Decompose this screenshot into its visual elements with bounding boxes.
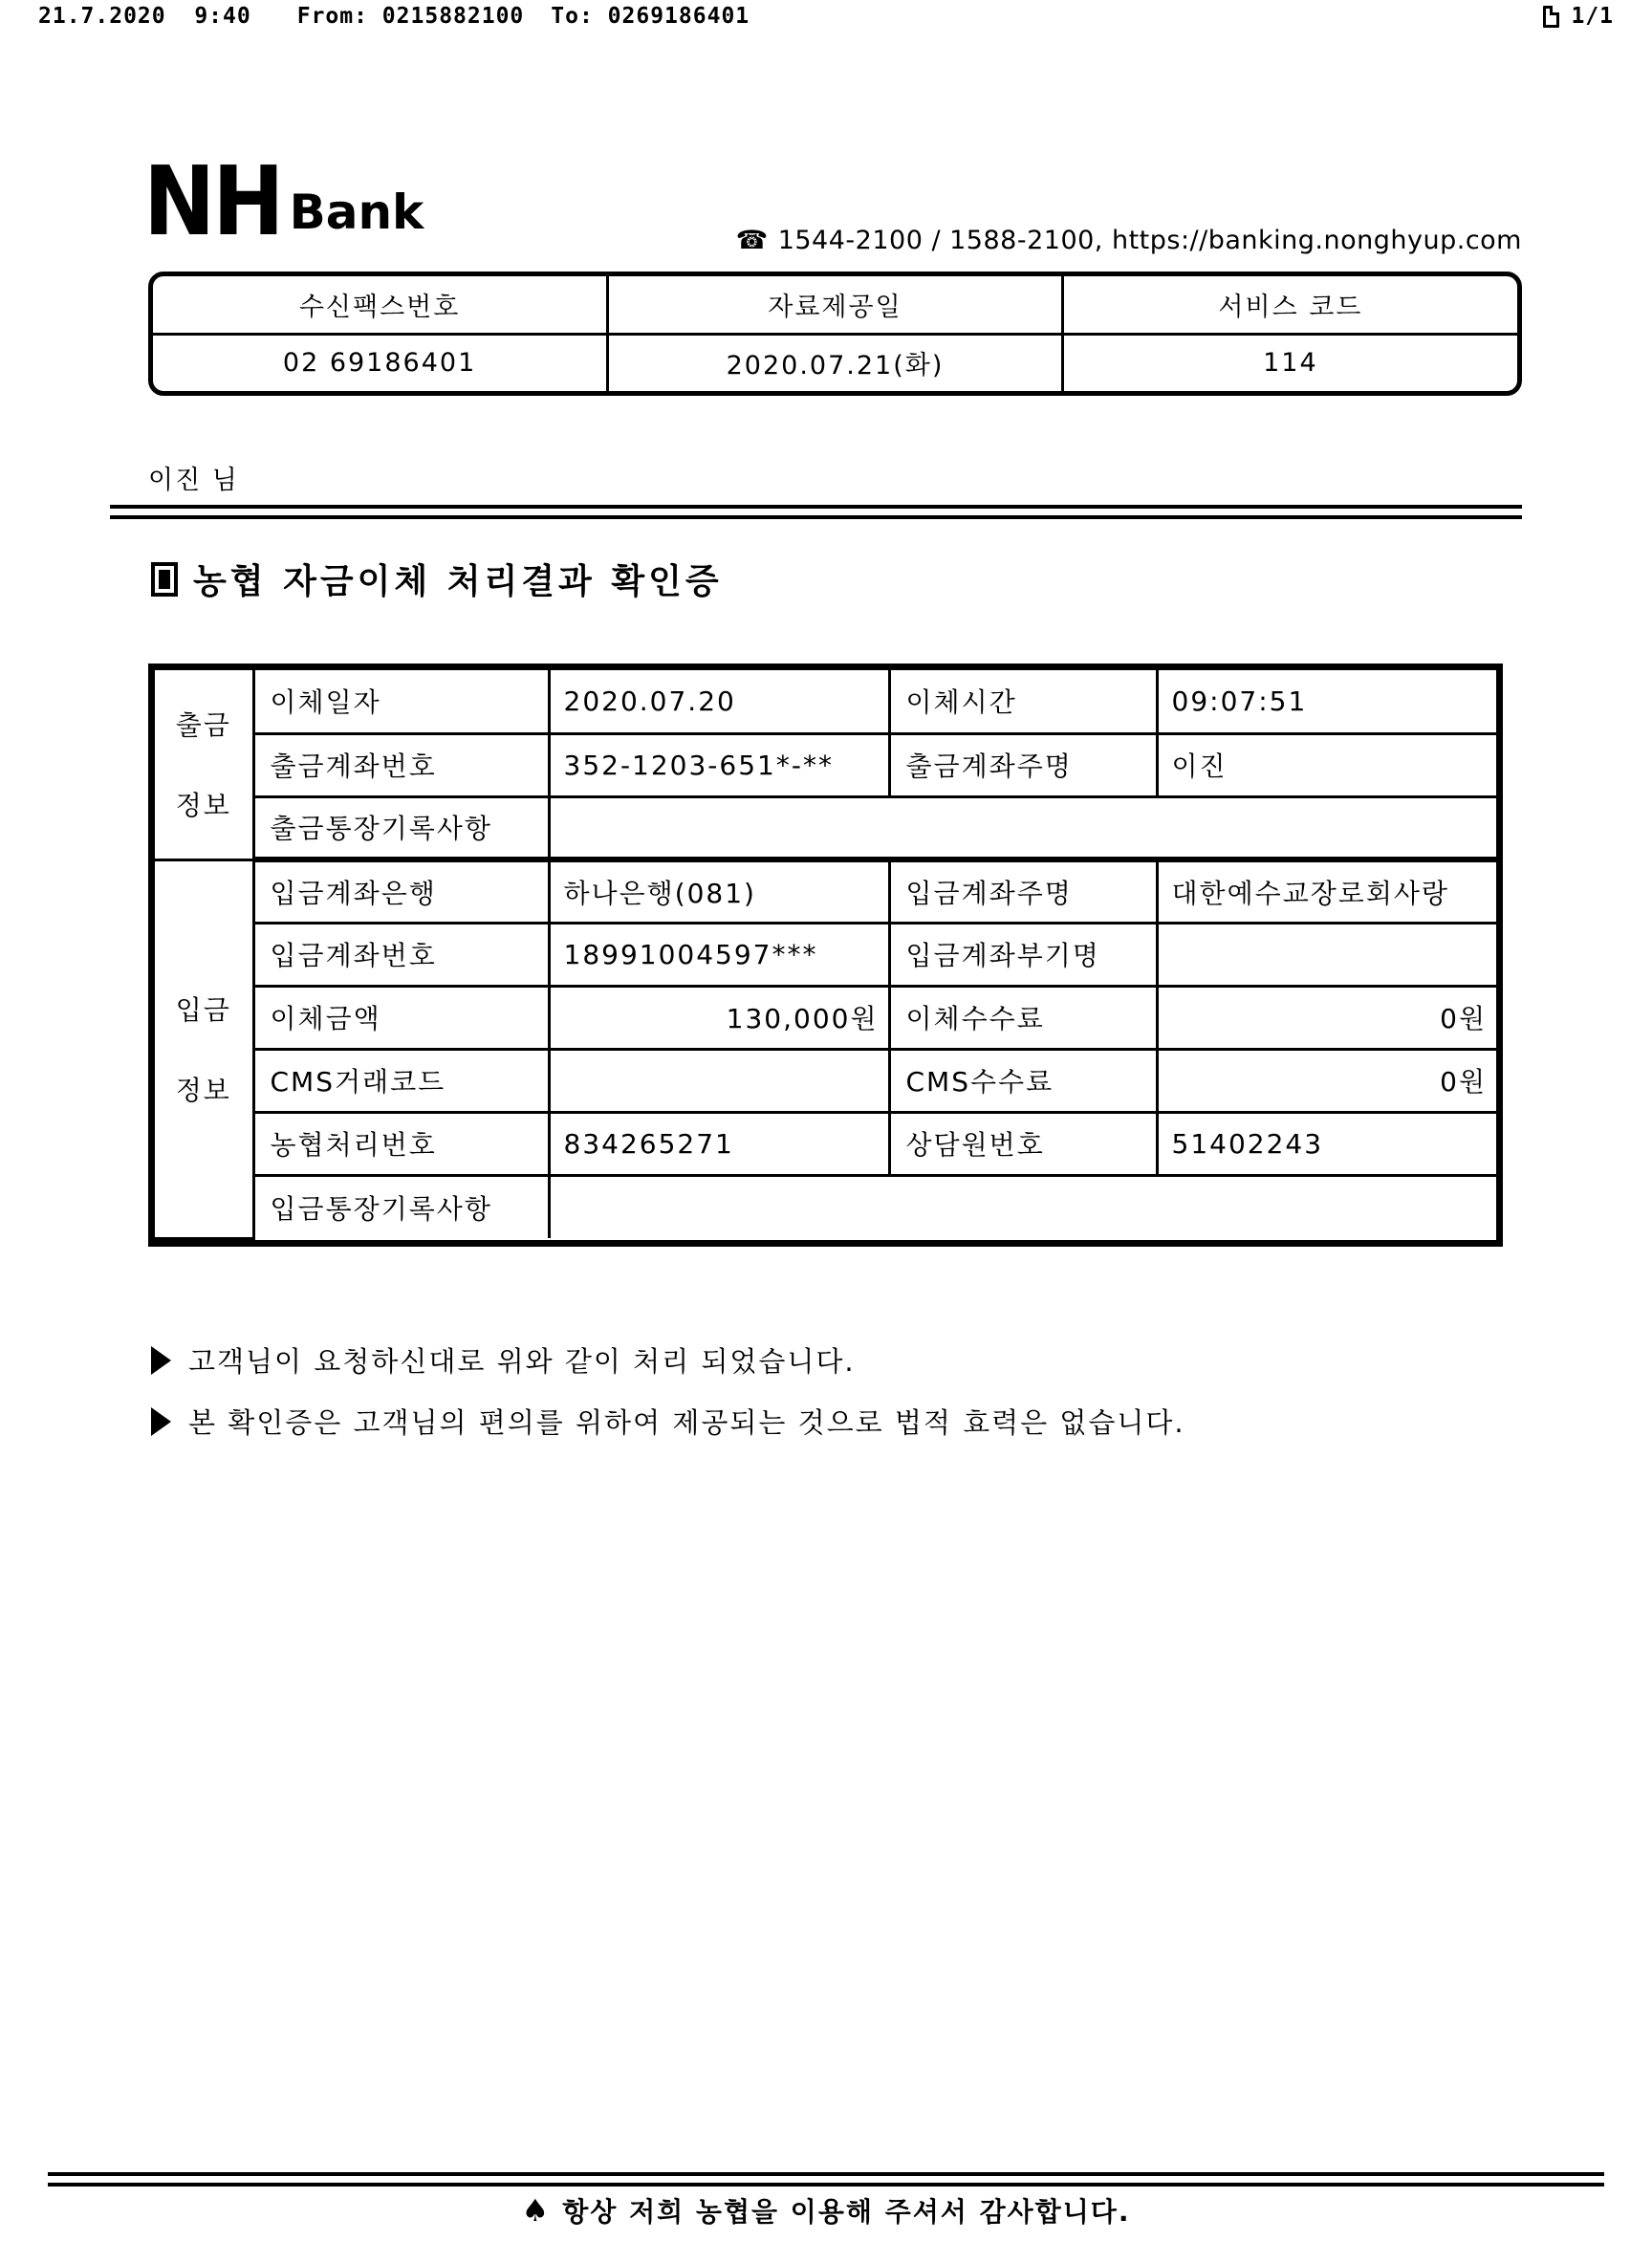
field-label: 입금통장기록사항 — [253, 1175, 549, 1238]
field-label: 농협처리번호 — [253, 1112, 549, 1175]
bank-contact-text: 1544-2100 / 1588-2100, https://banking.n… — [778, 226, 1522, 255]
field-value: 51402243 — [1157, 1112, 1496, 1175]
fax-page-indicator: 1/1 — [1571, 4, 1614, 29]
cms-fee: 0원 — [1157, 1049, 1496, 1112]
table-row: 이체금액 130,000원 이체수수료 0원 — [155, 986, 1496, 1049]
field-value: 이진 — [1157, 733, 1496, 796]
field-label: 입금계좌은행 — [253, 859, 549, 923]
field-value — [549, 1049, 889, 1112]
field-value: 2020.07.20 — [549, 670, 889, 733]
document-title-row: 농협 자금이체 처리결과 확인증 — [151, 555, 723, 603]
field-label: 이체일자 — [253, 670, 549, 733]
fax-from-number: From: 0215882100 — [297, 4, 525, 29]
triangle-bullet-icon — [151, 1407, 171, 1436]
field-label: 이체시간 — [889, 670, 1157, 733]
note-line: 본 확인증은 고객님의 편의를 위하여 제공되는 것으로 법적 효력은 없습니다… — [151, 1402, 1185, 1441]
field-value — [549, 1175, 1496, 1238]
bank-logo: NH Bank — [143, 161, 424, 243]
field-label: CMS거래코드 — [253, 1049, 549, 1112]
table-row: 출금통장기록사항 — [155, 796, 1496, 859]
fax-info-header-cell: 수신팩스번호 — [153, 276, 608, 334]
transfer-result-table: 출금 정보 이체일자 2020.07.20 이체시간 09:07:51 출금계좌… — [148, 664, 1503, 1247]
fax-info-header-row: 수신팩스번호 자료제공일 서비스 코드 — [153, 276, 1517, 334]
footer-double-rule — [48, 2172, 1604, 2187]
receive-fax-number: 02 69186401 — [153, 334, 608, 391]
footer-message-row: ♠ 항상 저희 농협을 이용해 주셔서 감사합니다. — [0, 2191, 1652, 2230]
note-text: 본 확인증은 고객님의 편의를 위하여 제공되는 것으로 법적 효력은 없습니다… — [188, 1402, 1185, 1441]
fax-document-page: 21.7.2020 9:40 From: 0215882100 To: 0269… — [0, 0, 1652, 2241]
fax-header-left: 21.7.2020 9:40 From: 0215882100 To: 0269… — [38, 4, 750, 29]
field-label: 입금계좌주명 — [889, 859, 1157, 923]
field-value: 대한예수교장로회사랑 — [1157, 859, 1496, 923]
page-title: 농협 자금이체 처리결과 확인증 — [193, 555, 723, 603]
group-label-withdrawal: 출금 정보 — [155, 670, 253, 859]
double-rule-divider — [110, 505, 1522, 519]
fax-to-number: To: 0269186401 — [551, 4, 750, 29]
fax-info-header-cell: 서비스 코드 — [1062, 276, 1517, 334]
transfer-fee: 0원 — [1157, 986, 1496, 1049]
fax-transmission-header: 21.7.2020 9:40 From: 0215882100 To: 0269… — [38, 4, 1614, 29]
field-value: 하나은행(081) — [549, 859, 889, 923]
spade-icon: ♠ — [522, 2195, 552, 2226]
fax-info-table: 수신팩스번호 자료제공일 서비스 코드 02 69186401 2020.07.… — [148, 272, 1522, 396]
field-label: 이체수수료 — [889, 986, 1157, 1049]
field-value: 09:07:51 — [1157, 670, 1496, 733]
field-value: 352-1203-651*-** — [549, 733, 889, 796]
table-row: CMS거래코드 CMS수수료 0원 — [155, 1049, 1496, 1112]
group-label-line: 출금 — [176, 705, 231, 743]
field-label: 출금계좌주명 — [889, 733, 1157, 796]
table-row: 입금통장기록사항 — [155, 1175, 1496, 1238]
table-row: 입금 정보 입금계좌은행 하나은행(081) 입금계좌주명 대한예수교장로회사랑 — [155, 859, 1496, 923]
data-provided-date: 2020.07.21(화) — [608, 334, 1063, 391]
table-row: 농협처리번호 834265271 상담원번호 51402243 — [155, 1112, 1496, 1175]
field-label: CMS수수료 — [889, 1049, 1157, 1112]
field-value: 18991004597*** — [549, 923, 889, 986]
fax-info-header-cell: 자료제공일 — [608, 276, 1063, 334]
fax-header-right: 1/1 — [1543, 4, 1614, 29]
field-value — [1157, 923, 1496, 986]
table-row: 출금 정보 이체일자 2020.07.20 이체시간 09:07:51 — [155, 670, 1496, 733]
bank-logo-word: Bank — [290, 191, 424, 233]
recipient-name: 이진 님 — [148, 459, 239, 496]
field-label: 상담원번호 — [889, 1112, 1157, 1175]
field-value — [549, 796, 1496, 859]
nh-logo-text: NH — [143, 161, 282, 243]
fax-info-value-row: 02 69186401 2020.07.21(화) 114 — [153, 334, 1517, 391]
field-label: 출금계좌번호 — [253, 733, 549, 796]
field-label: 입금계좌부기명 — [889, 923, 1157, 986]
transfer-amount: 130,000원 — [549, 986, 889, 1049]
fax-datetime: 21.7.2020 9:40 — [38, 4, 251, 29]
field-label: 출금통장기록사항 — [253, 796, 549, 859]
square-bullet-icon — [151, 562, 178, 597]
service-code: 114 — [1062, 334, 1517, 391]
field-label: 입금계좌번호 — [253, 923, 549, 986]
table-row: 출금계좌번호 352-1203-651*-** 출금계좌주명 이진 — [155, 733, 1496, 796]
group-label-deposit: 입금 정보 — [155, 859, 253, 1238]
note-line: 고객님이 요청하신대로 위와 같이 처리 되었습니다. — [151, 1340, 856, 1380]
field-label: 이체금액 — [253, 986, 549, 1049]
table-row: 입금계좌번호 18991004597*** 입금계좌부기명 — [155, 923, 1496, 986]
group-label-line: 정보 — [176, 785, 231, 823]
footer-message: 항상 저희 농협을 이용해 주셔서 감사합니다. — [562, 2191, 1130, 2230]
phone-icon: ☎ — [736, 226, 769, 255]
group-label-line: 정보 — [176, 1070, 231, 1108]
bank-contact-line: ☎ 1544-2100 / 1588-2100, https://banking… — [736, 226, 1522, 255]
note-text: 고객님이 요청하신대로 위와 같이 처리 되었습니다. — [188, 1340, 856, 1380]
triangle-bullet-icon — [151, 1346, 171, 1375]
field-value: 834265271 — [549, 1112, 889, 1175]
group-label-line: 입금 — [176, 990, 231, 1028]
page-icon — [1543, 6, 1559, 28]
